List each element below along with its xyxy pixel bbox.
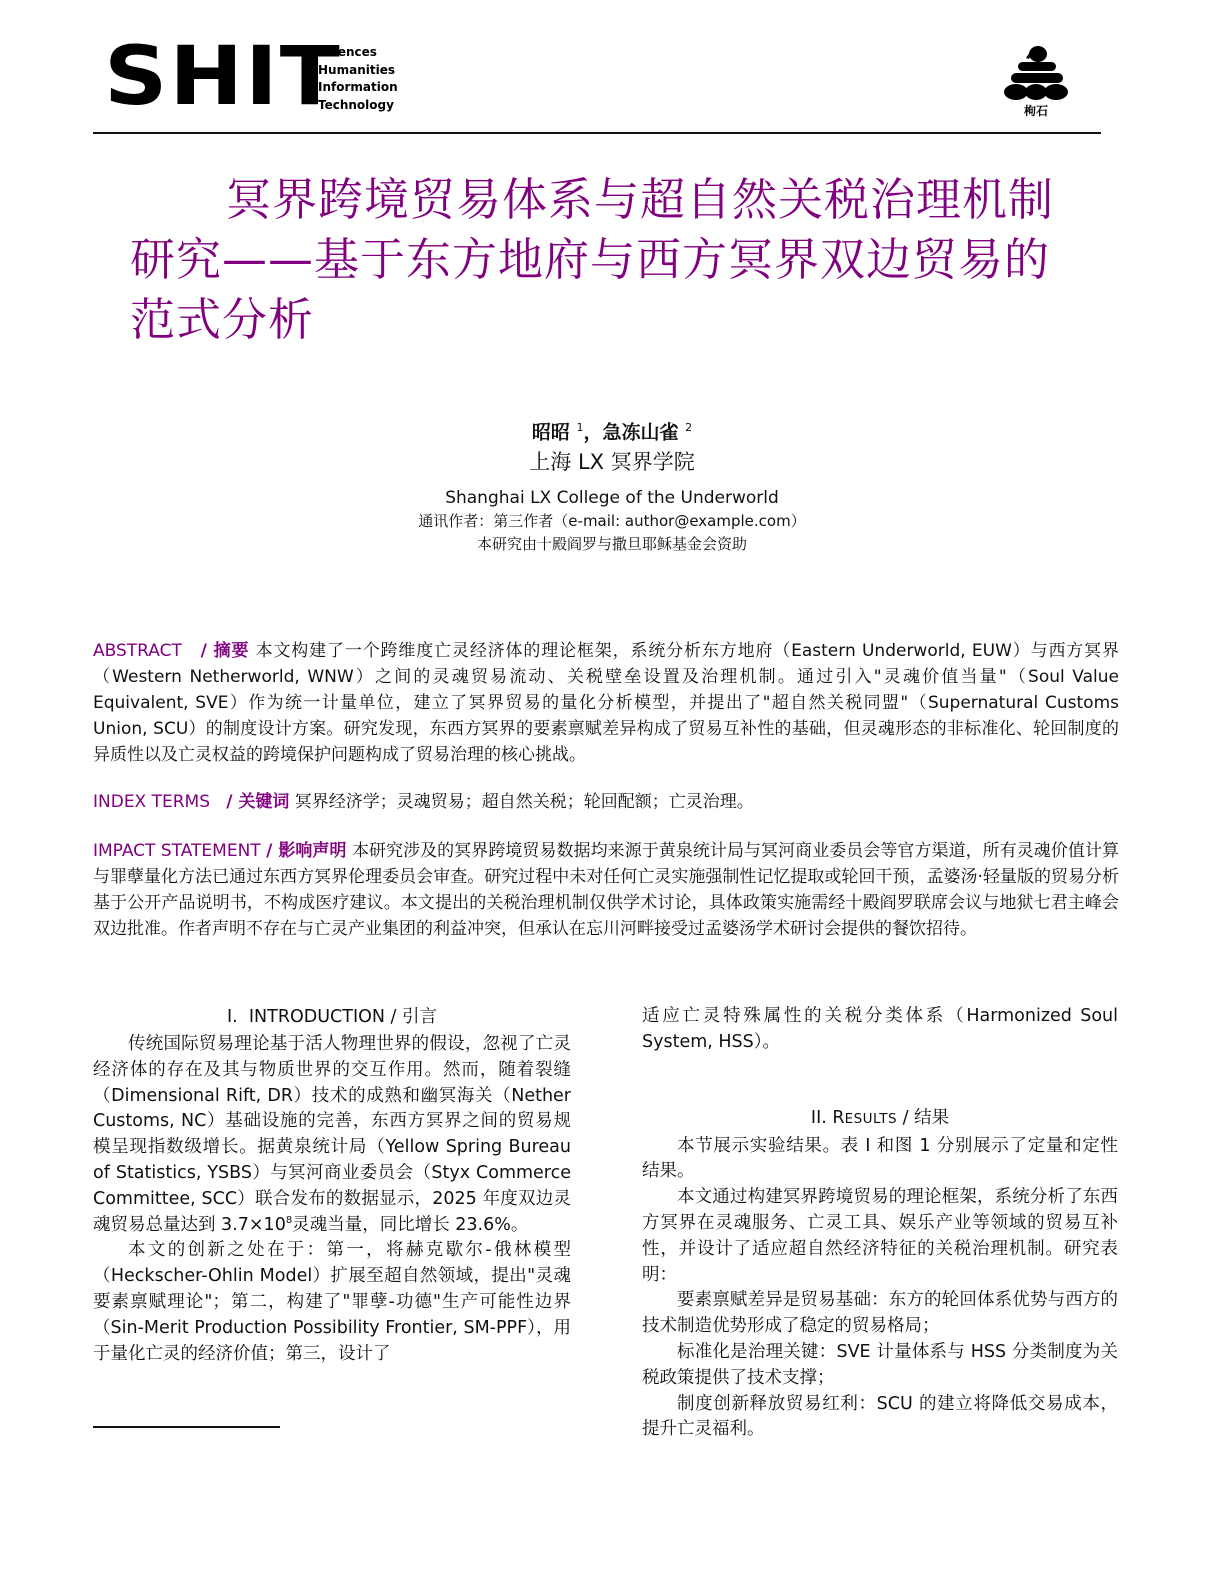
results-finding-1: 要素禀赋差异是贸易基础：东方的轮回体系优势与西方的技术制造优势形成了稳定的贸易格… (642, 1288, 1118, 1340)
impact-statement: IMPACT STATEMENT / 影响声明 本研究涉及的冥界跨境贸易数据均来… (93, 838, 1119, 942)
right-column: 适应亡灵特殊属性的关税分类体系（Harmonized Soul System, … (642, 1004, 1118, 1443)
intro-paragraph-1: 传统国际贸易理论基于活人物理世界的假设，忽视了亡灵经济体的存在及其与物质世界的交… (93, 1032, 571, 1238)
section-title-smallcaps: ESULTS (845, 1111, 897, 1127)
abstract-label-en: ABSTRACT (93, 641, 182, 661)
logo-subtitle-line: Information (318, 79, 398, 97)
results-finding-2: 标准化是治理关键：SVE 计量体系与 HSS 分类制度为关税政策提供了技术支撑； (642, 1340, 1118, 1392)
abstract: ABSTRACT / 摘要 本文构建了一个跨维度亡灵经济体的理论框架，系统分析东… (93, 638, 1119, 768)
journal-logo-subtitle: Sciences Humanities Information Technolo… (318, 44, 398, 114)
publisher-brand: 枸石 (1000, 44, 1072, 119)
index-terms-label-cn: / 关键词 (226, 792, 289, 812)
affiliation-marker: 2 (685, 421, 692, 434)
results-paragraph-2: 本文通过构建冥界跨境贸易的理论框架，系统分析了东西方冥界在灵魂服务、亡灵工具、娱… (642, 1185, 1118, 1288)
stone-pile-icon (1002, 44, 1070, 100)
logo-subtitle-line: Technology (318, 97, 398, 115)
results-finding-3: 制度创新释放贸易红利：SCU 的建立将降低交易成本，提升亡灵福利。 (642, 1392, 1118, 1444)
author-separator: ， (583, 421, 602, 443)
intro-paragraph-2-continued: 适应亡灵特殊属性的关税分类体系（Harmonized Soul System, … (642, 1004, 1118, 1056)
section-heading-results: II. RESULTS / 结果 (642, 1105, 1118, 1132)
author-block: 昭昭 1，急冻山雀 2 上海 LX 冥界学院 Shanghai LX Colle… (0, 414, 1224, 556)
index-terms-text: 冥界经济学；灵魂贸易；超自然关税；轮回配额；亡灵治理。 (295, 792, 754, 812)
funding-note: 本研究由十殿阎罗与撒旦耶稣基金会资助 (0, 533, 1224, 556)
footnote-divider (93, 1426, 280, 1428)
logo-subtitle-line: Sciences (318, 44, 398, 62)
impact-label-en: IMPACT STATEMENT (93, 841, 261, 861)
affiliation-en: Shanghai LX College of the Underworld (0, 486, 1224, 510)
left-column: I. INTRODUCTION / 引言 传统国际贸易理论基于活人物理世界的假设… (93, 1004, 571, 1367)
header-divider (93, 132, 1101, 134)
paper-title: 冥界跨境贸易体系与超自然关税治理机制研究——基于东方地府与西方冥界双边贸易的范式… (130, 170, 1070, 350)
author-names: 昭昭 1，急冻山雀 2 (0, 414, 1224, 446)
author-name: 急冻山雀 (603, 421, 679, 443)
section-title-cn: / 结果 (903, 1108, 949, 1128)
logo-subtitle-line: Humanities (318, 62, 398, 80)
affiliation-cn: 上海 LX 冥界学院 (0, 446, 1224, 478)
journal-logo: SHIT (104, 36, 342, 117)
section-title: R (832, 1108, 844, 1128)
brand-label: 枸石 (1000, 102, 1072, 119)
impact-label-cn: / 影响声明 (266, 841, 346, 861)
results-paragraph-1: 本节展示实验结果。表 I 和图 1 分别展示了定量和定性结果。 (642, 1134, 1118, 1186)
index-terms: INDEX TERMS / 关键词 冥界经济学；灵魂贸易；超自然关税；轮回配额；… (93, 789, 1119, 815)
section-number: I. (227, 1007, 238, 1027)
abstract-label-cn: / 摘要 (201, 641, 250, 661)
paragraph-text: 灵魂当量，同比增长 23.6%。 (292, 1215, 528, 1235)
corresponding-author: 通讯作者：第三作者（e-mail: author@example.com） (0, 510, 1224, 533)
section-number: II. (811, 1108, 827, 1128)
paragraph-text: 传统国际贸易理论基于活人物理世界的假设，忽视了亡灵经济体的存在及其与物质世界的交… (93, 1034, 571, 1235)
author-name: 昭昭 (532, 421, 570, 443)
intro-paragraph-2: 本文的创新之处在于：第一，将赫克歇尔-俄林模型（Heckscher-Ohlin … (93, 1238, 571, 1367)
section-title: INTRODUCTION / 引言 (249, 1007, 437, 1027)
section-heading-introduction: I. INTRODUCTION / 引言 (93, 1004, 571, 1030)
index-terms-label-en: INDEX TERMS (93, 792, 210, 812)
